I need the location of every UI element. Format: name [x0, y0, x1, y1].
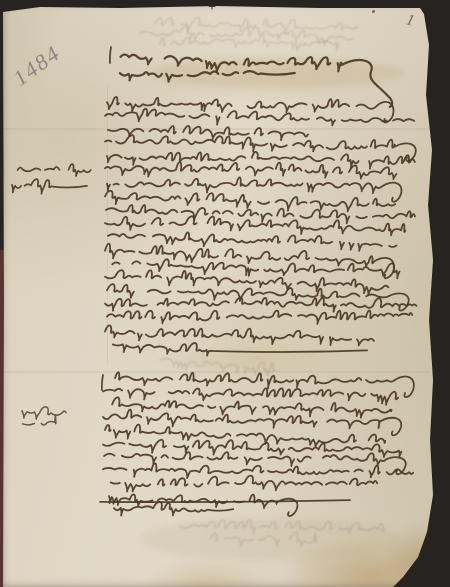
archival-year-annotation: 1484 — [8, 40, 65, 92]
folio-number: 1 — [404, 11, 416, 30]
fold-crease-horizontal-2 — [4, 371, 430, 373]
fold-crease-vertical — [107, 85, 109, 365]
ink-dot — [372, 10, 375, 13]
signature-block — [100, 500, 350, 515]
paragraph-initial-stroke — [110, 47, 111, 63]
parchment-page: + 1 1484 — [0, 0, 450, 587]
cross-mark: + — [208, 0, 216, 16]
fold-crease-horizontal-1 — [4, 128, 430, 130]
manuscript-scan: + 1 1484 — [0, 0, 450, 587]
heading-block — [120, 55, 392, 107]
show-through-bottom — [180, 520, 384, 547]
paragraph-1 — [105, 97, 416, 356]
ink-show-through-stain-bottom — [140, 518, 400, 560]
handwritten-text-layer — [0, 0, 450, 587]
paragraph-initial-stroke — [102, 375, 103, 390]
show-through-gap — [160, 359, 275, 377]
margin-note-1 — [12, 164, 91, 193]
margin-note-2 — [22, 407, 66, 425]
paragraph-2 — [103, 372, 414, 516]
show-through-top — [140, 18, 357, 51]
ink-show-through-stain-top — [150, 58, 405, 88]
